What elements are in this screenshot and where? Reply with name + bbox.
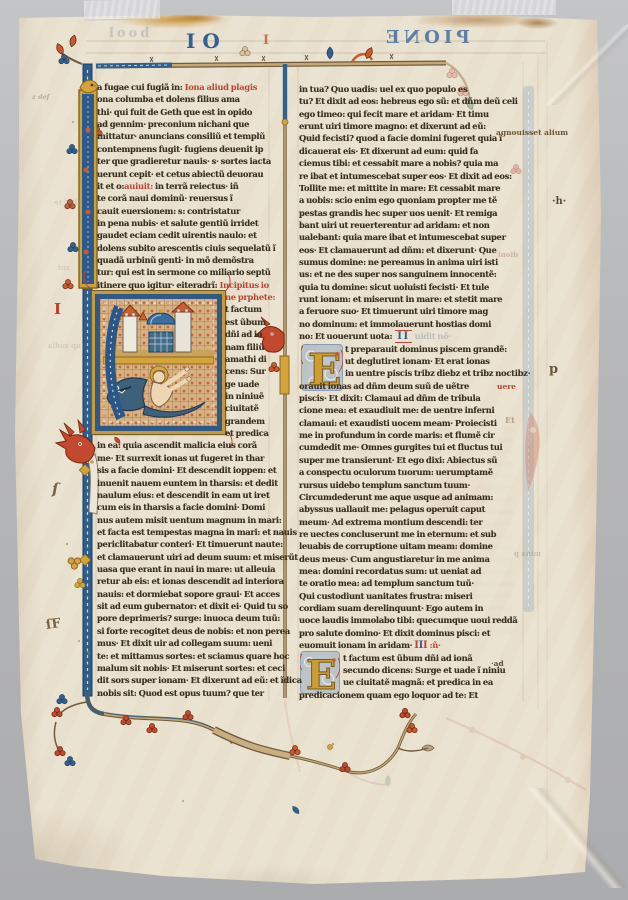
body-text: ter que gradieretur nauis· s· sortes iac… <box>97 156 271 166</box>
manuscript-text-line: ciemus tibi: et cessabit mare a nobis? q… <box>299 157 526 169</box>
manuscript-text-line: ue ciuitatẽ magnã: et predica in ea <box>299 676 526 688</box>
manuscript-text-line: in uentre piscis tribz diebz et tribz no… <box>299 367 526 379</box>
manuscript-text-line: t factum <box>97 303 270 315</box>
body-text: no: Et uouerunt uota: <box>299 331 394 341</box>
body-text: no dominum: et immolauerunt hostias domi <box>299 319 491 329</box>
manuscript-text-line: in niniuẽ <box>97 390 270 402</box>
manuscript-text-line: me· Et surrexit ionas ut fugeret in thar <box>97 452 270 464</box>
manuscript-text-line: ad gennim· preconium nichani que <box>97 118 270 130</box>
manuscript-text-line: a feruore suo· Et timuerunt uiri timore … <box>299 305 526 317</box>
manuscript-text-line: piscis· Et dixit: Clamaui ad dñm de trib… <box>299 392 526 404</box>
margin-f-mark: ſF <box>45 616 62 633</box>
manuscript-text-line: erunt uiri timore magno: et dixerunt ad … <box>299 120 526 132</box>
manuscript-text-line: no: Et uouerunt uota: II uidit nõ· <box>299 330 526 342</box>
manuscript-text-line: ter que gradieretur nauis· s· sortes iac… <box>97 155 270 167</box>
manuscript-text-line: Circumdederunt me aque usque ad animam: <box>299 491 526 503</box>
body-text: me· Et surrexit ionas ut fugeret in thar <box>97 453 264 463</box>
body-text: t factum est ũbum dñi ad ionã <box>343 653 473 663</box>
body-text: ad gennim· preconium nichani que <box>97 119 249 129</box>
manuscript-text-line: a fugae cui fugiã in: Iona aliud plagis <box>97 81 270 93</box>
body-text: super me transierunt· Et ego dixi: Abiec… <box>299 455 497 465</box>
rubric-text: ne prphete: <box>225 292 275 302</box>
manuscript-text-line: a uobis: scio enim ego quoniam propter m… <box>299 194 526 206</box>
body-text: cione mea: et exaudiuit me: de uentre in… <box>299 405 494 415</box>
body-text: erunt uiri timore magno: et dixerunt ad … <box>299 121 486 131</box>
manuscript-text-line: bant uiri ut reuerterentur ad aridam: et… <box>299 219 526 231</box>
body-text: mittatur· anuncians consiliũ et templũ <box>97 131 265 141</box>
manuscript-text-line: retur ab eis: et ionas descendit ad inte… <box>97 575 270 587</box>
manuscript-text-line: malum sit nobis· Et miserunt sortes: et … <box>97 662 270 674</box>
body-text: sumus domine: ne pereamus in anima uiri … <box>299 257 498 267</box>
margin-et-ghost: Et <box>505 415 515 425</box>
body-text: ciuitatẽ <box>225 403 259 413</box>
manuscript-text-line: orauit ionas ad dñm deum suũ de uẽtre <box>299 380 526 392</box>
body-text: contempnens fugit· fugiens deuenit ip <box>97 144 263 154</box>
body-text: si forte recogitet deus de nobis: et non… <box>97 626 290 636</box>
body-text: malum sit nobis· Et miserunt sortes: et … <box>97 663 285 673</box>
body-text: te corã naui dominũ· reuersus ĩ <box>97 193 233 203</box>
manuscript-text-line: runt ionam: et miserunt in mare: et stet… <box>299 293 526 305</box>
body-text: bant uiri ut reuerterentur ad aridam: et… <box>299 220 490 230</box>
body-text: sis a facie domini· Et descendit ioppen:… <box>97 465 276 475</box>
body-text: cum eis in tharsis a facie domini· Domi <box>97 502 265 512</box>
manuscript-text-line: amathi di <box>97 353 270 365</box>
body-text: uasa que erant in naui in mare: ut alleu… <box>97 564 275 574</box>
manuscript-text-line: clamaui: et exaudisti uocem meam· Proiec… <box>299 417 526 429</box>
body-text: tur: qui est in sermone co miliario sept… <box>97 267 271 277</box>
manuscript-text-line: est ũbum <box>97 316 270 328</box>
body-text: eos· Et clamauerunt ad dñm: et dixerunt·… <box>299 245 497 255</box>
mounting-tape <box>452 0 556 16</box>
manuscript-text-line: pestas grandis hec super uos uenit· Et r… <box>299 207 526 219</box>
body-text: retur ab eis: et ionas descendit ad inte… <box>97 576 284 586</box>
body-text: dit sors super ionam· Et dixerunt ad eũ:… <box>97 675 302 685</box>
manuscript-text-line: no dominum: et immolauerunt hostias domi <box>299 318 526 330</box>
text-column-right: in tua? Quo uadis: uel ex quo populo est… <box>299 83 526 701</box>
running-title-showthrough-verso: PIONE <box>382 27 470 48</box>
rubric-text: Incipitus io <box>217 280 269 290</box>
manuscript-text-line: nus autem misit uentum magnum in mari: <box>97 514 270 526</box>
manuscript-text-line: in pena nubis· et salute gentiũ irridet <box>97 217 270 229</box>
body-text: te oratio mea: ad templum sanctum tuũ· <box>299 578 474 588</box>
manuscript-text-line: uasa que erant in naui in mare: ut alleu… <box>97 563 270 575</box>
manuscript-text-line: thi· qui fuit de Geth que est in opido <box>97 106 270 118</box>
body-text: et clamauerunt uiri ad deum suum: et mis… <box>97 552 298 562</box>
body-text: in terrã reiectus· iñ <box>153 181 239 191</box>
manuscript-text-line: cione mea: et exaudiuit me: de uentre in… <box>299 404 526 416</box>
photograph-backdrop: { "colors":{ "backdrop":"#b5b6b8","parch… <box>0 0 628 900</box>
body-text: pestas grandis hec super uos uenit· Et r… <box>299 208 497 218</box>
manuscript-text-line: dñi ad io <box>97 328 270 340</box>
body-text: ualebant: quia mare ibat et intumescebat… <box>299 232 506 242</box>
body-text: in niniuẽ <box>225 391 264 401</box>
body-text: dolens subito arescentis ciuis sequelatũ… <box>97 243 276 253</box>
body-text: cauit euersionem: s: contristatur <box>97 206 240 216</box>
body-text: me in profundum in corde maris: et flumẽ… <box>299 430 494 440</box>
body-text: t preparauit dominus piscem grandẽ: <box>345 344 507 354</box>
parchment-crease <box>545 25 628 105</box>
body-text: t factum <box>225 304 262 314</box>
body-text: Quid fecisti? quod a facie domini fugere… <box>299 133 502 143</box>
body-text: clamaui: et exaudisti uocem meam· Proiec… <box>299 418 497 428</box>
manuscript-text-line: quia tu domine: sicut uoluisti fecisti· … <box>299 281 526 293</box>
manuscript-text-line: eos· Et clamauerunt ad dñm: et dixerunt·… <box>299 244 526 256</box>
body-text: ona columba et dolens filius ama <box>97 94 240 104</box>
body-text: pro salute domino· Et dixit dominus pisc… <box>299 628 490 638</box>
manuscript-text-line: pro salute domino· Et dixit dominus pisc… <box>299 627 526 639</box>
body-text: inuenit nauem euntem in tharsis: et dedi… <box>97 478 278 488</box>
margin-showthrough-line: zni <box>58 263 70 272</box>
body-text: in pena nubis· et salute gentiũ irridet <box>97 218 258 228</box>
manuscript-text-line: predicacionem quam ego loquor ad te: Et <box>299 689 526 701</box>
body-text: predicacionem quam ego loquor ad te: Et <box>299 690 478 700</box>
body-text: grandem <box>225 416 265 426</box>
body-text: et predica <box>225 428 269 438</box>
manuscript-text-line: cauit euersionem: s: contristatur <box>97 205 270 217</box>
margin-h-mark: ·h· <box>552 196 566 207</box>
parchment-crease <box>518 788 628 888</box>
body-text: est ũbum <box>225 317 266 327</box>
margin-showthrough-mma: mina p <box>514 549 541 558</box>
body-text: quia tu domine: sicut uoluisti fecisti· … <box>299 282 489 292</box>
prologue-initial-I-panel <box>79 90 97 288</box>
body-text: et facta est tempestas magna in mari: et… <box>97 527 297 537</box>
margin-faint-note-left: z deſ <box>32 93 49 101</box>
running-title-red-mark: I <box>263 33 269 48</box>
body-text: ut deglutiret ionam· Et erat ionas <box>345 356 490 366</box>
manuscript-text-line: euomuit ionam in aridam· III :ñ· <box>299 639 526 651</box>
manuscript-text-line: ut deglutiret ionam· Et erat ionas <box>299 355 526 367</box>
body-text: dñi ad io <box>225 329 262 339</box>
manuscript-text-line: a conspectu oculorum tuorum: uerumptamẽ <box>299 466 526 478</box>
manuscript-text-line: uerunt cepit· et cetus abiectũ deuorau <box>97 168 270 180</box>
manuscript-text-line: periclitabatur conteri· Et timuerunt nau… <box>97 538 270 550</box>
manuscript-text-line: uoce laudis immolabo tibi: quecumque uou… <box>299 614 526 626</box>
chapter-numeral: II <box>395 330 411 343</box>
text-column-left: a fugae cui fugiã in: Iona aliud plagiso… <box>97 81 270 699</box>
body-text: deus meus· Cum angustiaretur in me anima <box>299 554 490 564</box>
manuscript-text-line: tu? Et dixit ad eos: hebreus ego sũ: et … <box>299 95 526 107</box>
body-text: secundo dicens: Surge et uade ĩ niniu <box>343 665 505 675</box>
manuscript-text-line: me in profundum in corde maris: et flumẽ… <box>299 429 526 441</box>
manuscript-text-line: naulum eius: et descendit in eam ut iret <box>97 489 270 501</box>
manuscript-text-line: leuabis de corruptione uitam meam: domin… <box>299 540 526 552</box>
body-text: us: et ne des super nos sanguinem innoce… <box>299 269 497 279</box>
dragon-drollery-left <box>56 420 98 514</box>
manuscript-text-line: Qui custodiunt uanitates frustra: miseri <box>299 590 526 602</box>
mounting-tape <box>84 0 160 21</box>
manuscript-text-line: contempnens fugit· fugiens deuenit ip <box>97 143 270 155</box>
manuscript-text-line: re ibat et intumescebat super eos· Et di… <box>299 170 526 182</box>
rubric-text: auiuit: <box>124 181 153 191</box>
body-text: runt ionam: et miserunt in mare: et stet… <box>299 294 502 304</box>
manuscript-text-line: cum eis in tharsis a facie domini· Domi <box>97 501 270 513</box>
body-text: in uentre piscis tribz diebz et tribz no… <box>345 368 530 378</box>
manuscript-text-line: deus meus· Cum angustiaretur in me anima <box>299 553 526 565</box>
margin-showthrough-line: illiuſ te <box>54 198 83 207</box>
manuscript-text-line: et clamauerunt uiri ad deum suum: et mis… <box>97 551 270 563</box>
manuscript-text-line: nam filiũ <box>97 341 270 353</box>
manuscript-text-line: inuenit nauem euntem in tharsis: et dedi… <box>97 477 270 489</box>
manuscript-text-line: tur: qui est in sermone co miliario sept… <box>97 266 270 278</box>
body-text: ciemus tibi: et cessabit mare a nobis? q… <box>299 158 498 168</box>
manuscript-text-line: dit sors super ionam· Et dixerunt ad eũ:… <box>97 674 270 686</box>
body-text: piscis· Et dixit: Clamaui ad dñm de trib… <box>299 393 481 403</box>
body-text: tu? Et dixit ad eos: hebreus ego sũ: et … <box>299 96 518 106</box>
manuscript-text-line: sit ad eum gubernator: et dixit ei· Quid… <box>97 600 270 612</box>
manuscript-text-line: in ea: quia ascendit malicia eius corã <box>97 439 270 451</box>
rubric-text: :ñ· <box>427 640 440 650</box>
body-text: a uobis: scio enim ego quoniam propter m… <box>299 195 497 205</box>
manuscript-text-line: mittatur· anuncians consiliũ et templũ <box>97 130 270 142</box>
body-text: dicauerat eis· Et dixerunt ad eum: quid … <box>299 146 478 156</box>
body-text: uerunt cepit· et cetus abiectũ deuorau <box>97 169 263 179</box>
manuscript-text-line: ge uade <box>97 378 270 390</box>
body-text: periclitabatur conteri· Et timuerunt nau… <box>97 539 283 549</box>
manuscript-text-line: dicauerat eis· Et dixerunt ad eum: quid … <box>299 145 526 157</box>
margin-showthrough-dioni: dioni <box>498 250 518 259</box>
body-text: cens: Sur <box>225 366 266 376</box>
manuscript-text-line: si forte recogitet deus de nobis: et non… <box>97 625 270 637</box>
manuscript-text-line: ego timeo: qui fecit mare et aridam· Et … <box>299 108 526 120</box>
manuscript-text-line: et predica <box>97 427 270 439</box>
manuscript-text-line: mus· Et dixit uir ad collegam suum: ueni <box>97 637 270 649</box>
manuscript-text-line: Quid fecisti? quod a facie domini fugere… <box>299 132 526 144</box>
body-text: re uectes concluserunt me in eternum: et… <box>299 529 496 539</box>
manuscript-text-line: re uectes concluserunt me in eternum: et… <box>299 528 526 540</box>
body-text: orauit ionas ad dñm deum suũ de uẽtre <box>299 381 469 391</box>
manuscript-text-line: quadã urbinũ genti· in mõ demõstra <box>97 254 270 266</box>
manuscript-text-line: ciuitatẽ <box>97 402 270 414</box>
manuscript-text-line: super me transierunt· Et ego dixi: Abiec… <box>299 454 526 466</box>
body-text: naulum eius: et descendit in eam ut iret <box>97 490 270 500</box>
body-text: cordiam suam derelinquunt· Ego autem in <box>299 603 483 613</box>
running-title-showthrough-left: bool <box>106 26 149 41</box>
body-text: rursus uidebo templum sanctum tuum· <box>299 480 470 490</box>
body-text: nus autem misit uentum magnum in mari: <box>97 515 282 525</box>
manuscript-text-line: et facta est tempestas magna in mari: et… <box>97 526 270 538</box>
body-text: quadã urbinũ genti· in mõ demõstra <box>97 255 254 265</box>
body-text: a feruore suo· Et timuerunt uiri timore … <box>299 306 488 316</box>
body-text: nobis sit: Quod est opus tuum? que ter <box>97 688 264 698</box>
body-text: thi· qui fuit de Geth que est in opido <box>97 107 252 117</box>
manuscript-text-line: nobis sit: Quod est opus tuum? que ter <box>97 687 270 699</box>
body-text: euomuit ionam in aridam· <box>299 640 414 650</box>
body-text: in tua? Quo uadis: uel ex quo populo es <box>299 84 467 94</box>
body-text: uidit nõ· <box>413 331 451 341</box>
body-text: abyssus uallauit me: pelagus operuit cap… <box>299 504 485 514</box>
manuscript-text-line: ualebant: quia mare ibat et intumescebat… <box>299 231 526 243</box>
margin-paragraph-mark: p <box>549 362 558 377</box>
body-text: nauis: et dormiebat sopore graui· Et acc… <box>97 589 280 599</box>
manuscript-text-line: dolens subito arescentis ciuis sequelatũ… <box>97 242 270 254</box>
body-text: Circumdederunt me aque usque ad animam: <box>299 492 493 502</box>
margin-s-flourish: ſ <box>52 480 58 498</box>
body-text: ue ciuitatẽ magnã: et predica in ea <box>343 677 493 687</box>
body-text: ge uade <box>225 379 259 389</box>
manuscript-text-line: ona columba et dolens filius ama <box>97 93 270 105</box>
body-text: nam filiũ <box>225 342 264 352</box>
body-text: it et o: <box>97 181 124 191</box>
body-text: mus· Et dixit uir ad collegam suum: ueni <box>97 638 272 648</box>
margin-ad-note: ·ad <box>491 659 504 668</box>
manuscript-text-line: te: et mittamus sortes: et sciamus quare… <box>97 650 270 662</box>
manuscript-text-line: gaudet eciam cedit uirentis naulo: et <box>97 229 270 241</box>
margin-correction-uere: uere <box>497 382 516 391</box>
body-text: pore deprimeris? surge: inuoca deum tuũ: <box>97 613 280 623</box>
body-text: mea: domini recordatus sum: ut ueniat ad <box>299 566 481 576</box>
vine-showthrough-bottom <box>350 718 586 790</box>
manuscript-text-line: cens: Sur <box>97 365 270 377</box>
manuscript-text-line: meum· Ad extrema montium descendi: ter <box>299 516 526 528</box>
body-text: te: et mittamus sortes: et sciamus quare… <box>97 651 289 661</box>
manuscript-text-line: cordiam suam derelinquunt· Ego autem in <box>299 602 526 614</box>
grotesque-showthrough-right <box>525 412 539 492</box>
manuscript-text-line: mea: domini recordatus sum: ut ueniat ad <box>299 565 526 577</box>
manuscript-content: bool IO I PIONE <box>0 0 628 900</box>
body-text: Tollite me: et mittite in mare: Et cessa… <box>299 183 500 193</box>
body-text: re ibat et intumescebat super eos· Et di… <box>299 171 512 181</box>
rubric-text: Iona aliud plagis <box>183 82 258 92</box>
manuscript-text-line: t preparauit dominus piscem grandẽ: <box>299 343 526 355</box>
body-text: a fugae cui fugiã in: <box>97 82 183 92</box>
body-text: Qui custodiunt uanitates frustra: miseri <box>299 591 473 601</box>
manuscript-text-line: itinere quo igitur· eiteradrĩ: Incipitus… <box>97 279 270 291</box>
body-text: in ea: quia ascendit malicia eius corã <box>97 440 257 450</box>
body-text: amathi di <box>225 354 267 364</box>
manuscript-text-line: ne prphete: <box>97 291 270 303</box>
manuscript-text-line: it et o:auiuit: in terrã reiectus· iñ <box>97 180 270 192</box>
manuscript-text-line: te corã naui dominũ· reuersus ĩ <box>97 192 270 204</box>
chapter-numeral-I-margin: I <box>54 300 61 318</box>
manuscript-text-line: sumus domine: ne pereamus in anima uiri … <box>299 256 526 268</box>
manuscript-text-line: nauis: et dormiebat sopore graui· Et acc… <box>97 588 270 600</box>
manuscript-text-line: Tollite me: et mittite in mare: Et cessa… <box>299 182 526 194</box>
manuscript-text-line: pore deprimeris? surge: inuoca deum tuũ: <box>97 612 270 624</box>
running-title-recto: IO <box>186 29 227 53</box>
body-text: leuabis de corruptione uitam meam: domin… <box>299 541 493 551</box>
margin-showthrough-line: ſup zadia <box>48 341 84 350</box>
body-text: gaudet eciam cedit uirentis naulo: et <box>97 230 257 240</box>
manuscript-text-line: grandem <box>97 415 270 427</box>
manuscript-text-line: cumdedit me· Omnes gurgites tui et fluct… <box>299 441 526 453</box>
body-text: cumdedit me· Omnes gurgites tui et fluct… <box>299 442 502 452</box>
body-text: meum· Ad extrema montium descendi: ter <box>299 517 483 527</box>
margin-note-right: agnouisset alium <box>496 128 568 137</box>
body-text: ego timeo: qui fecit mare et aridam· Et … <box>299 109 489 119</box>
body-text: itinere quo igitur· eiteradrĩ: <box>97 280 217 290</box>
manuscript-text-line: rursus uidebo templum sanctum tuum· <box>299 479 526 491</box>
manuscript-text-line: abyssus uallauit me: pelagus operuit cap… <box>299 503 526 515</box>
manuscript-text-line: us: et ne des super nos sanguinem innoce… <box>299 268 526 280</box>
body-text: a conspectu oculorum tuorum: uerumptamẽ <box>299 467 493 477</box>
manuscript-text-line: sis a facie domini· Et descendit ioppen:… <box>97 464 270 476</box>
manuscript-text-line: te oratio mea: ad templum sanctum tuũ· <box>299 577 526 589</box>
body-text: sit ad eum gubernator: et dixit ei· Quid… <box>97 601 288 611</box>
body-text: uoce laudis immolabo tibi: quecumque uou… <box>299 615 518 625</box>
manuscript-text-line: in tua? Quo uadis: uel ex quo populo es <box>299 83 526 95</box>
